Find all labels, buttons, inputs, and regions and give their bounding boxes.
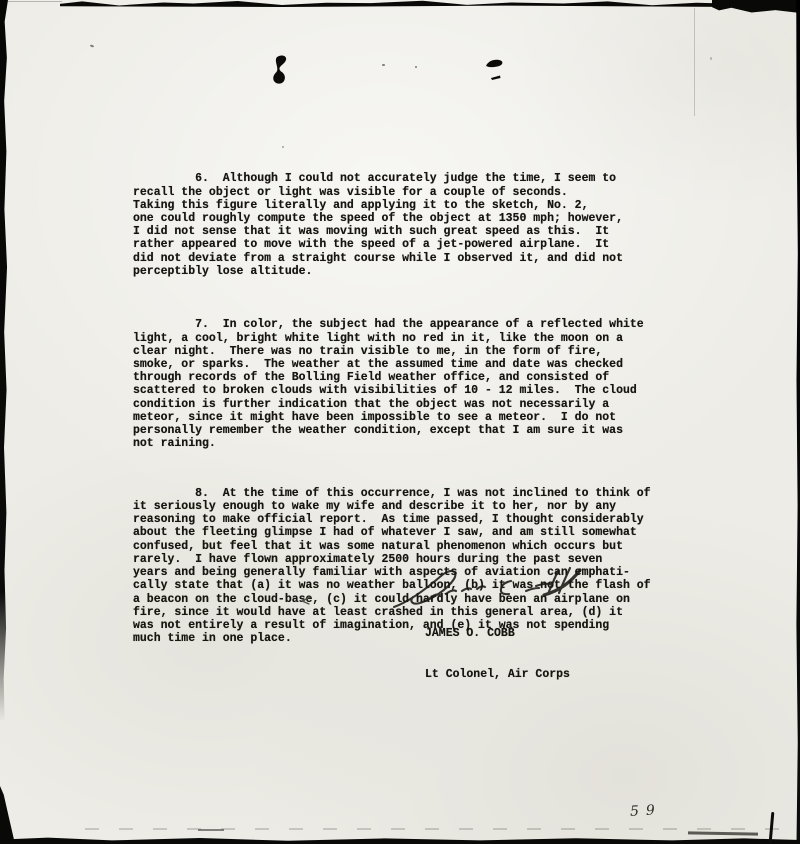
scan-artifact-dashed-line <box>85 828 791 830</box>
scan-edge-top-left-faint <box>8 1 62 2</box>
scan-edge-top-right <box>712 0 800 13</box>
signer-title: Lt Colonel, Air Corps <box>425 668 570 682</box>
scan-crease-line <box>694 8 695 116</box>
scan-edge-right <box>795 0 800 844</box>
scanned-document-page: 6. Although I could not accurately judge… <box>0 0 800 844</box>
scan-speck <box>415 66 417 68</box>
ink-blot-mark <box>271 55 293 85</box>
signer-name: JAMES O. COBB <box>425 627 570 641</box>
signature-block: JAMES O. COBB Lt Colonel, Air Corps <box>425 600 570 708</box>
handwritten-page-number: 59 <box>630 802 663 820</box>
scan-edge-top <box>60 0 800 7</box>
scan-edge-bottom <box>0 836 800 844</box>
scan-speck <box>382 64 385 66</box>
ink-dash-mark <box>485 57 505 83</box>
scan-artifact-dash <box>198 829 224 831</box>
paragraph-6: 6. Although I could not accurately judge… <box>133 172 693 278</box>
scan-corner-bottom-left <box>0 786 15 844</box>
scan-speck <box>710 57 712 60</box>
paragraph-7: 7. In color, the subject had the appeara… <box>133 318 693 450</box>
scan-artifact-dash <box>688 831 758 835</box>
signature-tick-mark <box>300 595 312 607</box>
scan-speck <box>90 44 94 47</box>
scan-edge-left <box>0 0 8 722</box>
